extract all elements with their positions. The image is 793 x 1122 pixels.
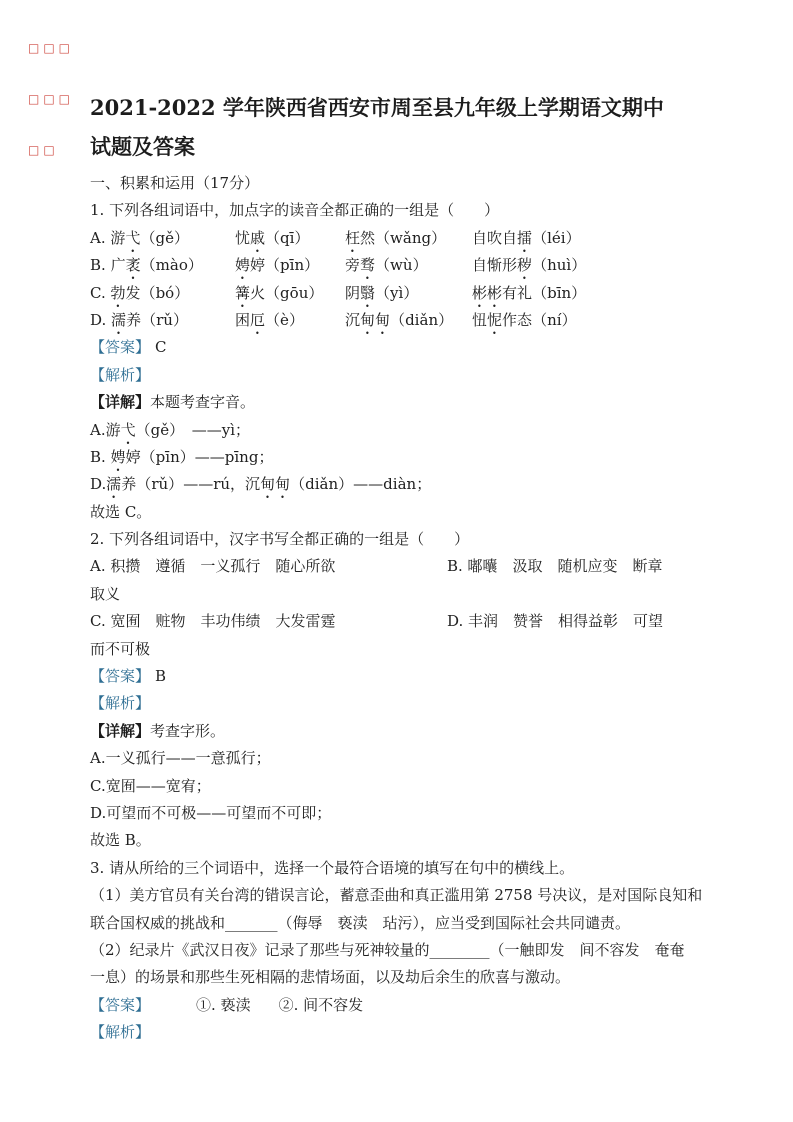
q3-paragraph-line: （2）纪录片《武汉日夜》记录了那些与死神较量的________（一触即发 间不容… — [90, 937, 713, 964]
q1-analysis-line: A.游弋（gě） ——yì； — [90, 417, 713, 444]
q1-option-row-d: D. 濡养（rǔ） 困厄（è） 沉甸甸（diǎn） 忸怩作态（ní） — [90, 307, 713, 334]
q3-stem: 3. 请从所给的三个词语中，选择一个最符合语境的填写在句中的横线上。 — [90, 855, 713, 882]
q1-option-word: 阴翳（yì） — [345, 280, 472, 307]
q1-option-word: 忸怩作态（ní） — [472, 307, 713, 334]
exam-document-page: □□□ □□□ □□ 2021-2022 学年陕西省西安市周至县九年级上学期语文… — [0, 0, 793, 1122]
analysis-label: 【解析】 — [90, 366, 150, 384]
q2-analysis-line: D.可望而不可极——可望而不可即； — [90, 800, 713, 827]
q1-option-word: 篝火（gōu） — [235, 280, 345, 307]
q1-option-word: 旁骛（wù） — [345, 252, 472, 279]
q2-analysis-line: A.一义孤行——一意孤行； — [90, 745, 713, 772]
q1-detail-row: 【详解】本题考查字音。 — [90, 389, 713, 416]
title-line-1: 2021-2022 学年陕西省西安市周至县九年级上学期语文期中 — [90, 95, 664, 120]
q2-option-row-cd: C. 宽囿 赃物 丰功伟绩 大发雷霆 D. 丰润 赞誉 相得益彰 可望 — [90, 608, 713, 635]
q2-stem: 2. 下列各组词语中，汉字书写全都正确的一组是（ ） — [90, 526, 713, 553]
q2-option-d-continuation: 而不可极 — [90, 636, 713, 663]
detail-text: 考查字形。 — [150, 722, 225, 740]
q2-answer-row: 【答案】B — [90, 663, 713, 690]
detail-text: 本题考查字音。 — [150, 393, 255, 411]
q2-option-b-continuation: 取义 — [90, 581, 713, 608]
answer-label: 【答案】 — [90, 667, 150, 685]
q1-analysis-line: B. 娉婷（pīn）——pīng； — [90, 444, 713, 471]
q2-analysis-row: 【解析】 — [90, 690, 713, 717]
q3-paragraph-line: 联合国权威的挑战和_______（侮辱 亵渎 玷污），应当受到国际社会共同谴责。 — [90, 910, 713, 937]
q1-option-word: 娉婷（pīn） — [235, 252, 345, 279]
analysis-label: 【解析】 — [90, 1023, 150, 1041]
q1-option-row-b: B. 广袤（mào） 娉婷（pīn） 旁骛（wù） 自惭形秽（huì） — [90, 252, 713, 279]
detail-label: 【详解】 — [90, 722, 150, 740]
q2-option-d: D. 丰润 赞誉 相得益彰 可望 — [447, 608, 713, 635]
section-heading: 一、积累和运用（17分） — [90, 170, 713, 197]
answer-item-2: ②. 间不容发 — [279, 996, 364, 1014]
answer-item-1: ①. 亵渎 — [196, 996, 251, 1014]
analysis-label: 【解析】 — [90, 694, 150, 712]
q1-option-word: B. 广袤（mào） — [90, 252, 235, 279]
answer-value: C — [155, 338, 166, 356]
q1-option-row-a: A. 游弋（gě） 忧戚（qī） 枉然（wǎng） 自吹自擂（léi） — [90, 225, 713, 252]
red-stamp-mark-row: □□ — [28, 142, 74, 159]
q1-stem: 1. 下列各组词语中，加点字的读音全都正确的一组是（ ） — [90, 197, 713, 224]
q1-option-word: 枉然（wǎng） — [345, 225, 472, 252]
q1-option-word: 忧戚（qī） — [235, 225, 345, 252]
q1-option-row-c: C. 勃发（bó） 篝火（gōu） 阴翳（yì） 彬彬有礼（bīn） — [90, 280, 713, 307]
q2-option-a: A. 积攒 遵循 一义孤行 随心所欲 — [90, 553, 447, 580]
q1-option-word: A. 游弋（gě） — [90, 225, 235, 252]
q2-analysis-line: C.宽囿——宽宥； — [90, 773, 713, 800]
q1-option-word: 彬彬有礼（bīn） — [472, 280, 713, 307]
q3-paragraph-line: （1）美方官员有关台湾的错误言论，蓄意歪曲和真正滥用第 2758 号决议，是对国… — [90, 882, 713, 909]
q1-analysis-line: D.濡养（rǔ）——rú，沉甸甸（diǎn）——diàn； — [90, 471, 713, 498]
red-stamp-mark-row: □□□ — [28, 91, 74, 108]
red-stamp-mark-row: □□□ — [28, 40, 74, 57]
q2-analysis-line: 故选 B。 — [90, 827, 713, 854]
q1-option-word: 自惭形秽（huì） — [472, 252, 713, 279]
q3-answer-row: 【答案】①. 亵渎②. 间不容发 — [90, 992, 713, 1019]
q1-option-word: D. 濡养（rǔ） — [90, 307, 235, 334]
q3-analysis-row: 【解析】 — [90, 1019, 713, 1046]
q1-analysis-row: 【解析】 — [90, 362, 713, 389]
q1-option-word: 困厄（è） — [235, 307, 345, 334]
q2-option-row-ab: A. 积攒 遵循 一义孤行 随心所欲 B. 嘟囔 汲取 随机应变 断章 — [90, 553, 713, 580]
q1-answer-row: 【答案】C — [90, 334, 713, 361]
answer-value: B — [155, 667, 166, 685]
q2-option-c: C. 宽囿 赃物 丰功伟绩 大发雷霆 — [90, 608, 447, 635]
answer-label: 【答案】 — [90, 996, 150, 1014]
title-line-2: 试题及答案 — [90, 134, 195, 159]
q2-detail-row: 【详解】考查字形。 — [90, 718, 713, 745]
q3-paragraph-line: 一息）的场景和那些生死相隔的悲情场面，以及劫后余生的欣喜与激动。 — [90, 964, 713, 991]
page-title: 2021-2022 学年陕西省西安市周至县九年级上学期语文期中试题及答案 — [90, 88, 713, 166]
q1-analysis-line: 故选 C。 — [90, 499, 713, 526]
q1-option-word: 沉甸甸（diǎn） — [345, 307, 472, 334]
q2-option-b: B. 嘟囔 汲取 随机应变 断章 — [447, 553, 713, 580]
red-stamp: □□□ □□□ □□ — [28, 6, 74, 193]
q1-option-word: 自吹自擂（léi） — [472, 225, 713, 252]
q1-option-word: C. 勃发（bó） — [90, 280, 235, 307]
answer-label: 【答案】 — [90, 338, 150, 356]
detail-label: 【详解】 — [90, 393, 150, 411]
